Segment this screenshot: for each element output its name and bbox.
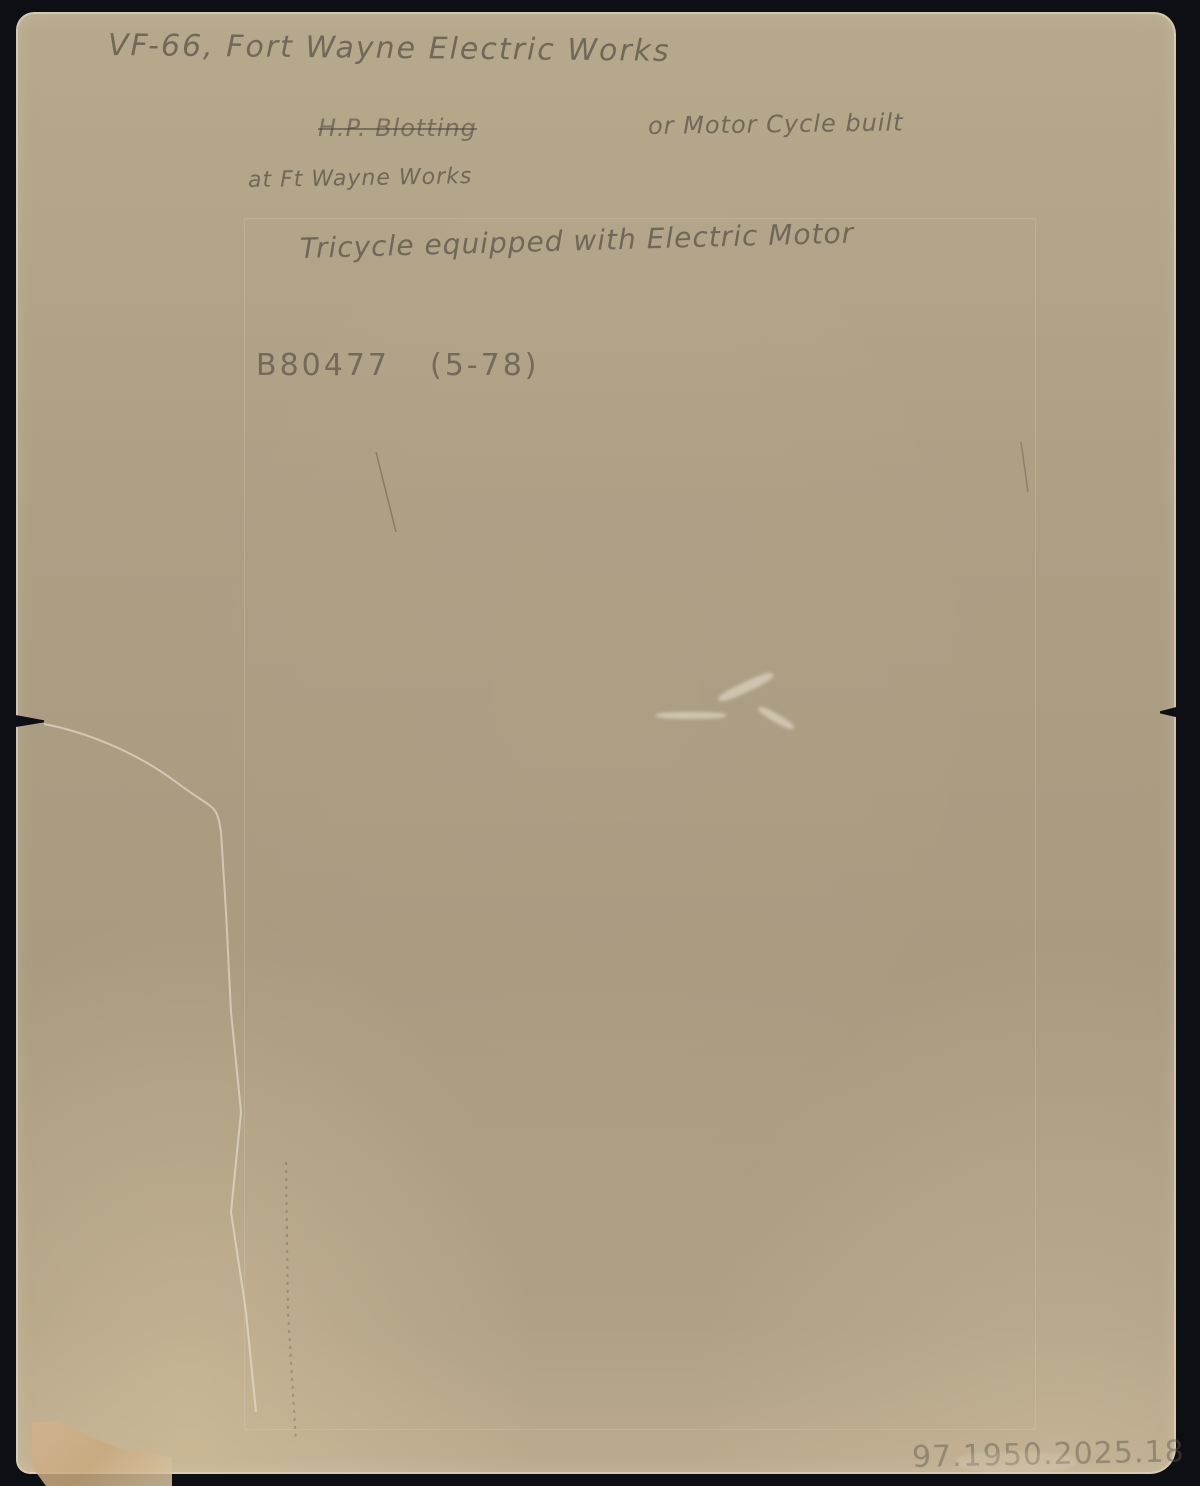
handwritten-description: Tricycle equipped with Electric Motor <box>300 217 855 265</box>
catalog-number: B80477 <box>256 348 390 383</box>
catalog-date: (5-78) <box>430 348 540 383</box>
surface-scuff <box>717 670 776 704</box>
handwritten-struck-text: H.P. Blotting <box>318 114 477 142</box>
accession-number: 97.1950.2025.18 <box>912 1434 1185 1475</box>
plate-impression-border <box>244 218 1036 1430</box>
handwritten-line-2: or Motor Cycle built <box>648 108 904 140</box>
catalog-reference: B80477(5-78) <box>256 348 540 383</box>
surface-scuff <box>757 705 796 732</box>
surface-scuff <box>656 712 726 719</box>
handwritten-title: VF-66, Fort Wayne Electric Works <box>108 28 671 69</box>
photo-mount-back: VF-66, Fort Wayne Electric Works H.P. Bl… <box>16 12 1176 1474</box>
damaged-corner <box>32 1422 172 1486</box>
handwritten-line-3: at Ft Wayne Works <box>248 164 473 193</box>
viewer-stage: VF-66, Fort Wayne Electric Works H.P. Bl… <box>0 0 1200 1486</box>
